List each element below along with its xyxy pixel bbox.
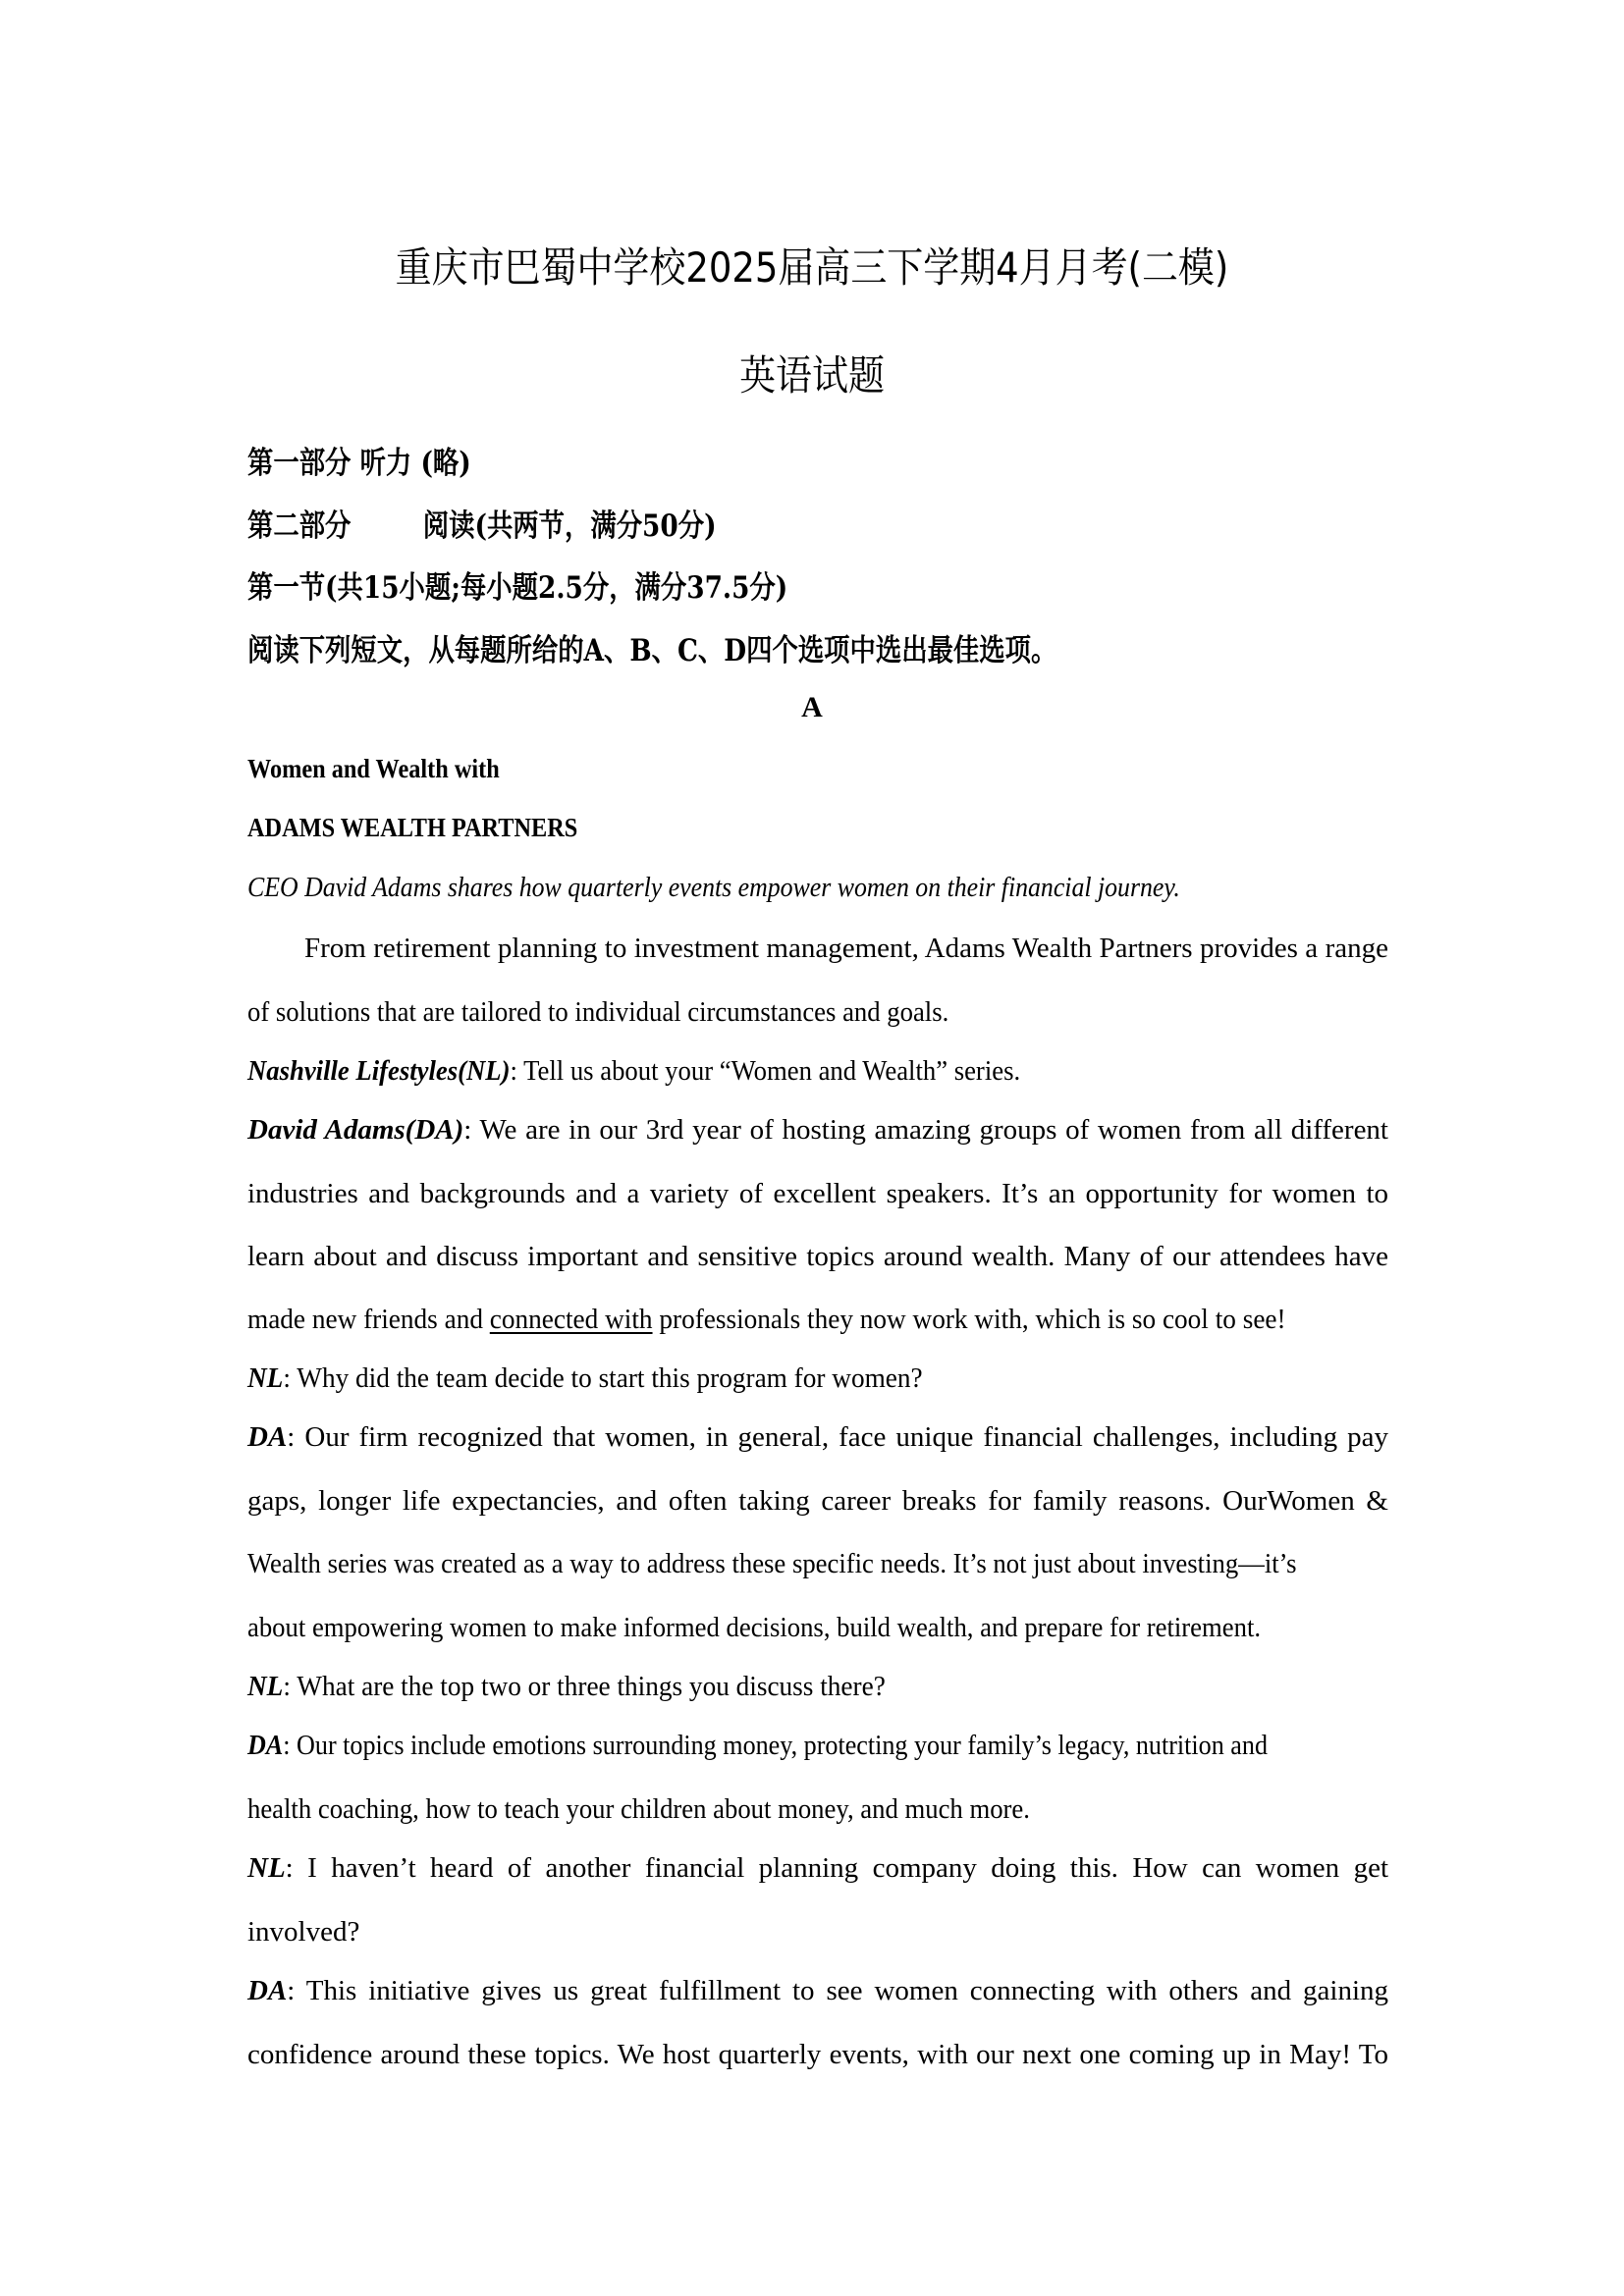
dialogue-text: : I haven’t heard of another financial p… — [286, 1852, 1388, 1884]
dialogue-text: professionals they now work with, which … — [653, 1304, 1286, 1335]
dialogue-text: : Our topics include emotions surroundin… — [283, 1730, 1268, 1761]
passage-heading-line1: Women and Wealth with — [247, 754, 500, 784]
dialogue-da-3-line-2-text: health coaching, how to teach your child… — [247, 1791, 1030, 1827]
dialogue-da-1-line-1: David Adams(DA): We are in our 3rd year … — [247, 1112, 1388, 1148]
dialogue-nl-1: Nashville Lifestyles(NL): Tell us about … — [247, 1053, 1388, 1089]
dialogue-da-1-line-2: industries and backgrounds and a variety… — [247, 1176, 1388, 1211]
dialogue-da-2-line-3: Wealth series was created as a way to ad… — [247, 1546, 1388, 1581]
dialogue-text: made new friends and — [247, 1304, 490, 1335]
dialogue-text: : Our firm recognized that women, in gen… — [287, 1421, 1388, 1453]
exam-page: 重庆市巴蜀中学校2025届高三下学期4月月考(二模) 英语试题 第一部分 听力 … — [0, 0, 1624, 2296]
speaker-label: NL — [247, 1852, 286, 1884]
part-one-heading: 第一部分 听力 (略) — [247, 438, 471, 482]
speaker-label: DA — [247, 1730, 283, 1761]
dialogue-da-4-line-2: confidence around these topics. We host … — [247, 2037, 1388, 2072]
speaker-label: NL — [247, 1362, 283, 1394]
underlined-phrase: connected with — [490, 1304, 653, 1335]
dialogue-nl-3-inner: NL: What are the top two or three things… — [247, 1669, 886, 1704]
dialogue-text: : Why did the team decide to start this … — [283, 1362, 922, 1394]
dialogue-nl-2: NL: Why did the team decide to start thi… — [247, 1361, 1388, 1396]
dialogue-text: : Tell us about your “Women and Wealth” … — [510, 1055, 1020, 1087]
passage-subtitle: CEO David Adams shares how quarterly eve… — [247, 872, 1180, 904]
intro-line-2-text: of solutions that are tailored to indivi… — [247, 994, 948, 1030]
dialogue-nl-4-line-1: NL: I haven’t heard of another financial… — [247, 1850, 1388, 1886]
section-one-heading: 第一节(共15小题;每小题2.5分，满分37.5分) — [247, 562, 787, 607]
dialogue-da-3-line-1: DA: Our topics include emotions surround… — [247, 1728, 1388, 1763]
dialogue-text: : What are the top two or three things y… — [283, 1671, 885, 1702]
intro-line-1: From retirement planning to investment m… — [247, 931, 1388, 966]
exam-subject-title: 英语试题 — [97, 344, 1527, 402]
intro-line-2: of solutions that are tailored to indivi… — [247, 994, 1388, 1030]
speaker-label: David Adams(DA) — [247, 1114, 463, 1146]
dialogue-da-3-line-1-inner: DA: Our topics include emotions surround… — [247, 1728, 1268, 1763]
dialogue-da-1-line-4-inner: made new friends and connected with prof… — [247, 1302, 1286, 1337]
dialogue-da-4-line-1: DA: This initiative gives us great fulfi… — [247, 1973, 1388, 2008]
part-two-heading: 第二部分 阅读(共两节，满分50分) — [247, 501, 717, 545]
dialogue-text: : This initiative gives us great fulfill… — [287, 1975, 1388, 2006]
exam-title: 重庆市巴蜀中学校2025届高三下学期4月月考(二模) — [97, 236, 1527, 294]
dialogue-nl-2-inner: NL: Why did the team decide to start thi… — [247, 1361, 923, 1396]
speaker-label: Nashville Lifestyles(NL) — [247, 1055, 510, 1087]
dialogue-da-2-line-1: DA: Our firm recognized that women, in g… — [247, 1419, 1388, 1455]
dialogue-da-2-line-4: about empowering women to make informed … — [247, 1610, 1388, 1645]
dialogue-da-2-line-2: gaps, longer life expectancies, and ofte… — [247, 1483, 1388, 1519]
speaker-label: NL — [247, 1671, 283, 1702]
dialogue-nl-3: NL: What are the top two or three things… — [247, 1669, 1388, 1704]
dialogue-nl-1-inner: Nashville Lifestyles(NL): Tell us about … — [247, 1053, 1020, 1089]
dialogue-da-1-line-4: made new friends and connected with prof… — [247, 1302, 1388, 1337]
dialogue-da-3-line-2: health coaching, how to teach your child… — [247, 1791, 1388, 1827]
dialogue-text: : We are in our 3rd year of hosting amaz… — [463, 1114, 1388, 1146]
dialogue-da-1-line-3: learn about and discuss important and se… — [247, 1239, 1388, 1274]
dialogue-da-2-line-4-text: about empowering women to make informed … — [247, 1610, 1261, 1645]
reading-instructions: 阅读下列短文，从每题所给的A、B、C、D四个选项中选出最佳选项。 — [247, 625, 1056, 669]
dialogue-da-2-line-3-text: Wealth series was created as a way to ad… — [247, 1546, 1296, 1581]
speaker-label: DA — [247, 1975, 287, 2006]
passage-heading-line2: ADAMS WEALTH PARTNERS — [247, 813, 577, 843]
dialogue-nl-4-line-2: involved? — [247, 1914, 1388, 1949]
passage-letter: A — [0, 691, 1624, 724]
speaker-label: DA — [247, 1421, 287, 1453]
